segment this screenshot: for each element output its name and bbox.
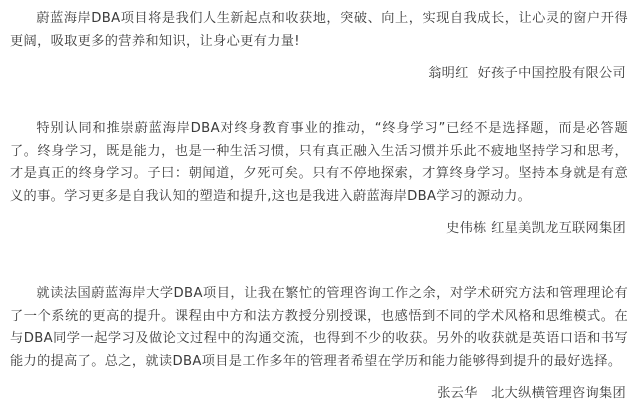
- testimonial-signature-2: 史伟栋 红星美凯龙互联网集团: [446, 219, 626, 239]
- testimonial-signature-1: 翁明红 好孩子中国控股有限公司: [428, 64, 626, 84]
- testimonial-text-1: 蔚蓝海岸DBA项目将是我们人生新起点和收获地，突破、向上，实现自我成长，让心灵的…: [10, 8, 628, 53]
- testimonial-text-3: 就读法国蔚蓝海岸大学DBA项目，让我在繁忙的管理咨询工作之余，对学术研究方法和管…: [10, 283, 628, 373]
- testimonial-signature-3: 张云华 北大纵横管理咨询集团: [437, 384, 626, 404]
- testimonial-text-2: 特别认同和推崇蔚蓝海岸DBA对终身教育事业的推动，“终身学习”已经不是选择题，而…: [10, 118, 628, 208]
